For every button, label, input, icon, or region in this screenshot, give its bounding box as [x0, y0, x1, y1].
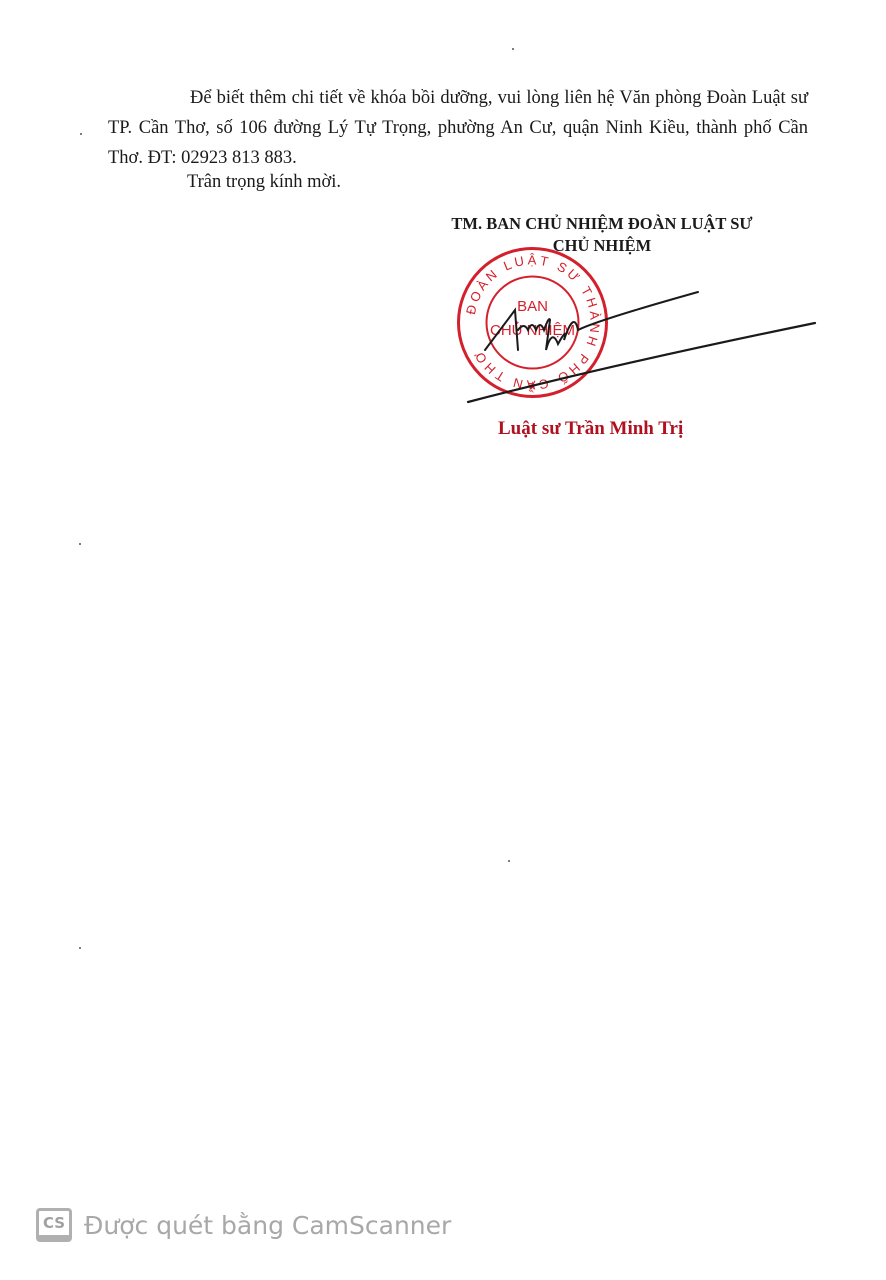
closing-line: Trân trọng kính mời.: [187, 172, 341, 193]
camscanner-watermark: CS Được quét bằng CamScanner: [36, 1208, 451, 1242]
paragraph-text: Để biết thêm chi tiết về khóa bồi dưỡng,…: [108, 88, 808, 168]
body-paragraph: Để biết thêm chi tiết về khóa bồi dưỡng,…: [108, 83, 808, 173]
handwritten-signature-icon: [460, 290, 830, 410]
scan-speck: [508, 860, 510, 862]
watermark-text: Được quét bằng CamScanner: [84, 1211, 451, 1240]
signature-title: TM. BAN CHỦ NHIỆM ĐOÀN LUẬT SƯ: [412, 214, 792, 234]
scan-speck: [79, 947, 81, 949]
camscanner-logo-icon: CS: [36, 1208, 72, 1242]
scan-speck: [80, 133, 82, 135]
scan-speck: [512, 48, 514, 50]
scan-speck: [79, 543, 81, 545]
signer-name: Luật sư Trần Minh Trị: [498, 418, 683, 440]
